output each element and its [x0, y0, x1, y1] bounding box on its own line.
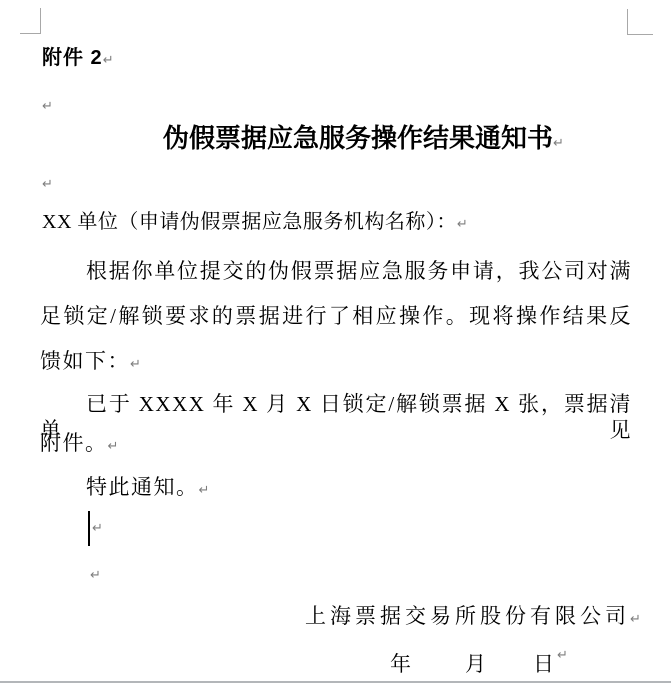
text-cursor	[88, 511, 90, 546]
paragraph-mark-icon: ↵	[103, 53, 114, 68]
paragraph-mark-icon: ↵	[630, 612, 641, 627]
body-line: 足锁定/解锁要求的票据进行了相应操作。现将操作结果反	[40, 303, 632, 329]
date-year-label: 年	[390, 648, 411, 678]
margin-mark-top-right-icon	[627, 9, 628, 35]
body-line-text: 附件。	[40, 431, 108, 455]
paragraph-mark-icon: ↵	[90, 568, 101, 583]
salutation-text: XX 单位（申请伪假票据应急服务机构名称）：	[42, 211, 457, 233]
margin-mark-top-left-icon	[40, 8, 41, 34]
body-line: 特此通知。↵	[40, 474, 632, 504]
salutation-line: XX 单位（申请伪假票据应急服务机构名称）：↵	[42, 205, 468, 234]
date-month-label: 月	[465, 648, 486, 678]
paragraph-mark-icon: ↵	[42, 99, 53, 114]
paragraph-mark-icon: ↵	[42, 177, 53, 192]
body-line: 馈如下：↵	[40, 348, 632, 378]
body-line: 附件。↵	[40, 430, 632, 460]
margin-mark-top-right-icon	[627, 34, 653, 35]
date-line: 年 月 日 ↵	[0, 648, 671, 674]
paragraph-mark-icon: ↵	[108, 439, 119, 454]
document-title: 伪假票据应急服务操作结果通知书↵	[40, 121, 632, 161]
page-edge-divider	[0, 681, 671, 683]
body-line-text: 特此通知。	[86, 475, 199, 499]
document-page[interactable]: 附件 2↵ ↵ 伪假票据应急服务操作结果通知书↵ ↵ XX 单位（申请伪假票据应…	[0, 0, 671, 685]
margin-mark-top-left-icon	[20, 33, 41, 34]
date-day-label: 日	[533, 648, 554, 678]
body-line-text: 足锁定/解锁要求的票据进行了相应操作。现将操作结果反	[40, 304, 632, 328]
paragraph-mark-icon: ↵	[553, 136, 564, 151]
body-line-text: 馈如下：	[40, 349, 130, 373]
document-title-text: 伪假票据应急服务操作结果通知书	[163, 123, 553, 153]
paragraph-mark-icon: ↵	[457, 217, 468, 232]
paragraph-mark-icon: ↵	[130, 357, 141, 372]
signature-line: 上海票据交易所股份有限公司↵	[305, 600, 641, 630]
signature-text: 上海票据交易所股份有限公司	[305, 604, 630, 628]
body-line: 根据你单位提交的伪假票据应急服务申请，我公司对满	[40, 258, 632, 284]
body-line-text: 根据你单位提交的伪假票据应急服务申请，我公司对满	[86, 259, 632, 283]
attachment-label-text: 附件 2	[42, 47, 103, 69]
paragraph-mark-icon: ↵	[557, 648, 568, 663]
attachment-label: 附件 2↵	[42, 41, 114, 70]
paragraph-mark-icon: ↵	[92, 521, 103, 536]
paragraph-mark-icon: ↵	[199, 483, 210, 498]
